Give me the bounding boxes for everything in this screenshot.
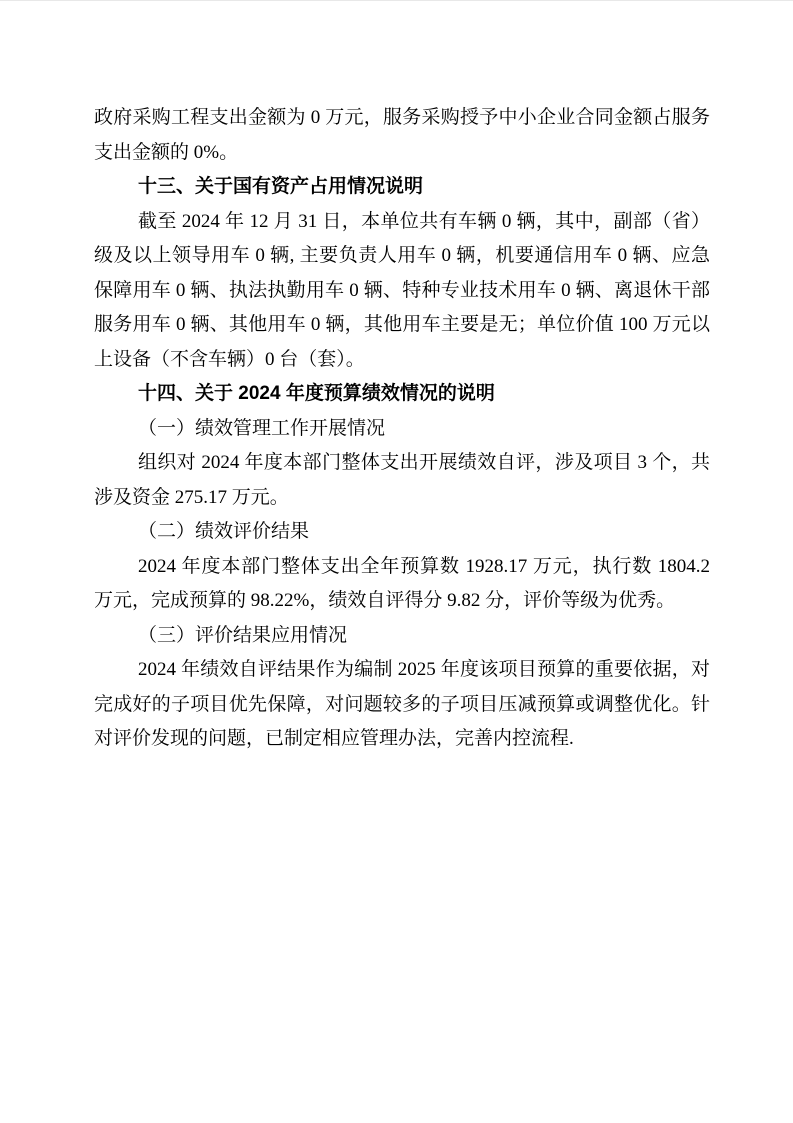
paragraph-line: 万元，完成预算的 98.22%，绩效自评得分 9.82 分，评价等级为优秀。 — [94, 584, 710, 619]
sub-heading-1: （一）绩效管理工作开展情况 — [94, 412, 710, 447]
paragraph-line: 上设备（不含车辆）0 台（套）。 — [94, 343, 710, 378]
paragraph-line: 政府采购工程支出金额为 0 万元，服务采购授予中小企业合同金额占服务 — [94, 101, 710, 136]
paragraph-line: 组织对 2024 年度本部门整体支出开展绩效自评，涉及项目 3 个，共 — [94, 446, 710, 481]
paragraph-line: 涉及资金 275.17 万元。 — [94, 481, 710, 516]
section-heading-14: 十四、关于 2024 年度预算绩效情况的说明 — [94, 377, 710, 412]
paragraph-line: 2024 年绩效自评结果作为编制 2025 年度该项目预算的重要依据，对 — [94, 653, 710, 688]
paragraph-line: 支出金额的 0%。 — [94, 136, 710, 171]
paragraph-line: 级及以上领导用车 0 辆, 主要负责人用车 0 辆，机要通信用车 0 辆、应急 — [94, 239, 710, 274]
document-content: 政府采购工程支出金额为 0 万元，服务采购授予中小企业合同金额占服务 支出金额的… — [94, 101, 710, 757]
paragraph-line: 完成好的子项目优先保障，对问题较多的子项目压减预算或调整优化。针 — [94, 688, 710, 723]
sub-heading-2: （二）绩效评价结果 — [94, 515, 710, 550]
paragraph-line: 2024 年度本部门整体支出全年预算数 1928.17 万元，执行数 1804.… — [94, 550, 710, 585]
paragraph-line: 对评价发现的问题，已制定相应管理办法，完善内控流程. — [94, 722, 710, 757]
paragraph-line: 保障用车 0 辆、执法执勤用车 0 辆、特种专业技术用车 0 辆、离退休干部 — [94, 274, 710, 309]
document-page: 政府采购工程支出金额为 0 万元，服务采购授予中小企业合同金额占服务 支出金额的… — [0, 0, 793, 1123]
paragraph-line: 服务用车 0 辆、其他用车 0 辆，其他用车主要是无；单位价值 100 万元以 — [94, 308, 710, 343]
paragraph-line: 截至 2024 年 12 月 31 日，本单位共有车辆 0 辆，其中，副部（省） — [94, 205, 710, 240]
sub-heading-3: （三）评价结果应用情况 — [94, 619, 710, 654]
section-heading-13: 十三、关于国有资产占用情况说明 — [94, 170, 710, 205]
